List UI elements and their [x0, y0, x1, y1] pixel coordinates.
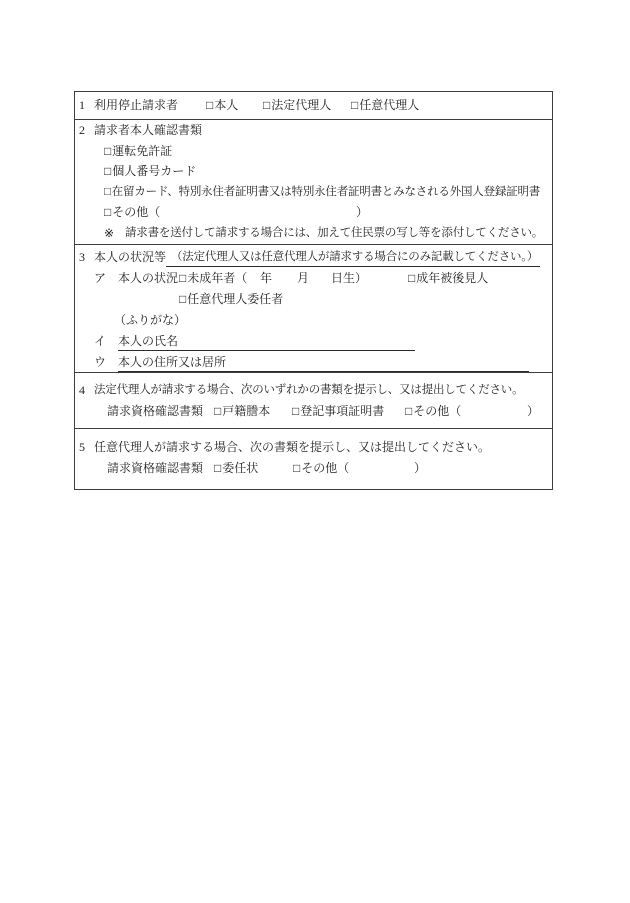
checkbox-label: 任意代理人 — [359, 98, 419, 112]
section-4-instruction: 法定代理人が請求する場合、次のいずれかの書類を提示し、又は提出してください。 — [94, 380, 523, 401]
section-2-title-line: 2 請求者本人確認書類 — [75, 120, 552, 141]
section-3-principal-status: 3 本人の状況等 （法定代理人又は任意代理人が請求する場合にのみ記載してください… — [75, 244, 552, 372]
checkbox-label: 成年被後見人 — [416, 271, 488, 285]
other-close-paren: ） — [527, 401, 539, 422]
checkbox-option-family-register[interactable]: □戸籍謄本 — [214, 401, 270, 422]
section-2-option-line: □運転免許証 — [75, 141, 552, 162]
section-3-item-u-line: ウ 本人の住所又は居所 — [75, 352, 552, 373]
checkbox-icon[interactable]: □ — [104, 141, 111, 162]
item-a-title: 本人の状況 — [118, 268, 178, 289]
checkbox-icon[interactable]: □ — [405, 401, 412, 422]
section-2-option-line: □個人番号カード — [75, 161, 552, 182]
section-5-instruction-line: 5 任意代理人が請求する場合、次の書類を提示し、又は提出してください。 — [75, 437, 552, 458]
checkbox-icon[interactable]: □ — [408, 268, 415, 289]
section-3-title-note: （法定代理人又は任意代理人が請求する場合にのみ記載してください。） — [166, 248, 540, 267]
principal-address-field[interactable]: 本人の住所又は居所 — [118, 353, 529, 372]
section-1-line: 1 利用停止請求者 □本人 □法定代理人 □任意代理人 — [75, 95, 552, 116]
checkbox-icon[interactable]: □ — [293, 458, 300, 479]
checkbox-option-legal-rep[interactable]: □法定代理人 — [263, 95, 331, 116]
checkbox-option-adult-ward[interactable]: □成年被後見人 — [408, 268, 488, 289]
checkbox-option-minor[interactable]: □未成年者（ — [179, 268, 247, 289]
section-2-option-line: □在留カード、特別永住者証明書又は特別永住者証明書とみなされる外国人登録証明書 — [75, 182, 552, 203]
other-close-paren: ） — [414, 458, 426, 479]
section-3-title-line: 3 本人の状況等 （法定代理人又は任意代理人が請求する場合にのみ記載してください… — [75, 247, 552, 268]
section-2-identity-documents: 2 請求者本人確認書類 □運転免許証 □個人番号カード □在留カード、特別永住者… — [75, 119, 552, 244]
checkbox-icon[interactable]: □ — [214, 458, 221, 479]
section-3-number: 3 — [79, 247, 85, 268]
section-5-number: 5 — [79, 437, 85, 458]
checkbox-label: 未成年者（ — [187, 271, 247, 285]
section-1-requester: 1 利用停止請求者 □本人 □法定代理人 □任意代理人 — [75, 92, 552, 119]
checkbox-label: 登記事項証明書 — [300, 404, 384, 418]
checkbox-label: その他（ — [413, 404, 461, 418]
checkbox-label: 個人番号カード — [112, 164, 196, 178]
other-close-paren: ） — [356, 202, 368, 223]
item-i-label: イ — [94, 331, 106, 352]
section-3-delegator-line: □任意代理人委任者 — [75, 289, 552, 310]
checkbox-label: 在留カード、特別永住者証明書又は特別永住者証明書とみなされる外国人登録証明書 — [112, 186, 540, 198]
section-4-legal-rep-documents: 4 法定代理人が請求する場合、次のいずれかの書類を提示し、又は提出してください。… — [75, 372, 552, 428]
form-table: 1 利用停止請求者 □本人 □法定代理人 □任意代理人 2 請求者本人確認書類 … — [74, 91, 553, 490]
checkbox-option-registration-certificate[interactable]: □登記事項証明書 — [292, 401, 384, 422]
checkbox-icon[interactable]: □ — [263, 95, 270, 116]
checkbox-option-other[interactable]: □その他（ — [293, 458, 349, 479]
section-1-title: 利用停止請求者 — [94, 95, 178, 116]
section-3-item-i-line: イ 本人の氏名 — [75, 331, 552, 352]
checkbox-option-residence-card[interactable]: □在留カード、特別永住者証明書又は特別永住者証明書とみなされる外国人登録証明書 — [104, 182, 540, 203]
section-3-item-a-line: ア 本人の状況 □未成年者（ 年 月 日生） □成年被後見人 — [75, 268, 552, 289]
checkbox-option-delegator[interactable]: □任意代理人委任者 — [179, 289, 283, 310]
checkbox-icon[interactable]: □ — [351, 95, 358, 116]
section-4-number: 4 — [79, 380, 85, 401]
section-4-option-line: 請求資格確認書類 □戸籍謄本 □登記事項証明書 □その他（ ） — [75, 401, 552, 422]
checkbox-label: 運転免許証 — [112, 144, 172, 158]
checkbox-option-drivers-license[interactable]: □運転免許証 — [104, 141, 172, 162]
section-5-docs-label: 請求資格確認書類 — [107, 458, 203, 479]
note-mark-icon: ※ — [104, 223, 114, 244]
checkbox-icon[interactable]: □ — [104, 182, 111, 203]
checkbox-icon[interactable]: □ — [179, 289, 186, 310]
birth-year-label: 年 — [260, 268, 272, 289]
checkbox-icon[interactable]: □ — [104, 161, 111, 182]
section-1-number: 1 — [79, 95, 85, 116]
section-2-title: 請求者本人確認書類 — [94, 120, 202, 141]
section-5-instruction: 任意代理人が請求する場合、次の書類を提示し、又は提出してください。 — [94, 437, 490, 458]
checkbox-label: その他（ — [112, 205, 160, 219]
section-4-instruction-line: 4 法定代理人が請求する場合、次のいずれかの書類を提示し、又は提出してください。 — [75, 380, 552, 401]
checkbox-label: その他（ — [301, 461, 349, 475]
furigana-label: （ふりがな） — [114, 310, 186, 331]
checkbox-option-other[interactable]: □その他（ — [104, 202, 160, 223]
birth-month-label: 月 — [297, 268, 309, 289]
checkbox-icon[interactable]: □ — [104, 202, 111, 223]
item-a-label: ア — [94, 268, 106, 289]
checkbox-option-voluntary-rep[interactable]: □任意代理人 — [351, 95, 419, 116]
birth-day-label: 日生） — [331, 268, 367, 289]
checkbox-option-power-of-attorney[interactable]: □委任状 — [214, 458, 258, 479]
document-page: 1 利用停止請求者 □本人 □法定代理人 □任意代理人 2 請求者本人確認書類 … — [0, 0, 630, 903]
section-2-number: 2 — [79, 120, 85, 141]
item-u-label: ウ — [94, 352, 106, 373]
checkbox-icon[interactable]: □ — [206, 95, 213, 116]
checkbox-label: 戸籍謄本 — [222, 404, 270, 418]
section-2-note-text: 請求書を送付して請求する場合には、加えて住民票の写し等を添付してください。 — [125, 223, 543, 244]
checkbox-label: 任意代理人委任者 — [187, 292, 283, 306]
section-3-title: 本人の状況等 — [94, 247, 166, 268]
checkbox-icon[interactable]: □ — [179, 268, 186, 289]
checkbox-icon[interactable]: □ — [292, 401, 299, 422]
checkbox-icon[interactable]: □ — [214, 401, 221, 422]
checkbox-label: 本人 — [214, 98, 238, 112]
checkbox-label: 法定代理人 — [271, 98, 331, 112]
section-5-option-line: 請求資格確認書類 □委任状 □その他（ ） — [75, 458, 552, 479]
section-5-voluntary-rep-documents: 5 任意代理人が請求する場合、次の書類を提示し、又は提出してください。 請求資格… — [75, 428, 552, 489]
checkbox-option-principal[interactable]: □本人 — [206, 95, 238, 116]
section-3-furigana-line: （ふりがな） — [75, 310, 552, 331]
section-2-note-line: ※ 請求書を送付して請求する場合には、加えて住民票の写し等を添付してください。 — [75, 223, 552, 244]
checkbox-option-my-number-card[interactable]: □個人番号カード — [104, 161, 196, 182]
checkbox-option-other[interactable]: □その他（ — [405, 401, 461, 422]
checkbox-label: 委任状 — [222, 461, 258, 475]
principal-name-field[interactable]: 本人の氏名 — [118, 332, 415, 351]
section-2-option-line: □その他（ ） — [75, 202, 552, 223]
section-4-docs-label: 請求資格確認書類 — [107, 401, 203, 422]
